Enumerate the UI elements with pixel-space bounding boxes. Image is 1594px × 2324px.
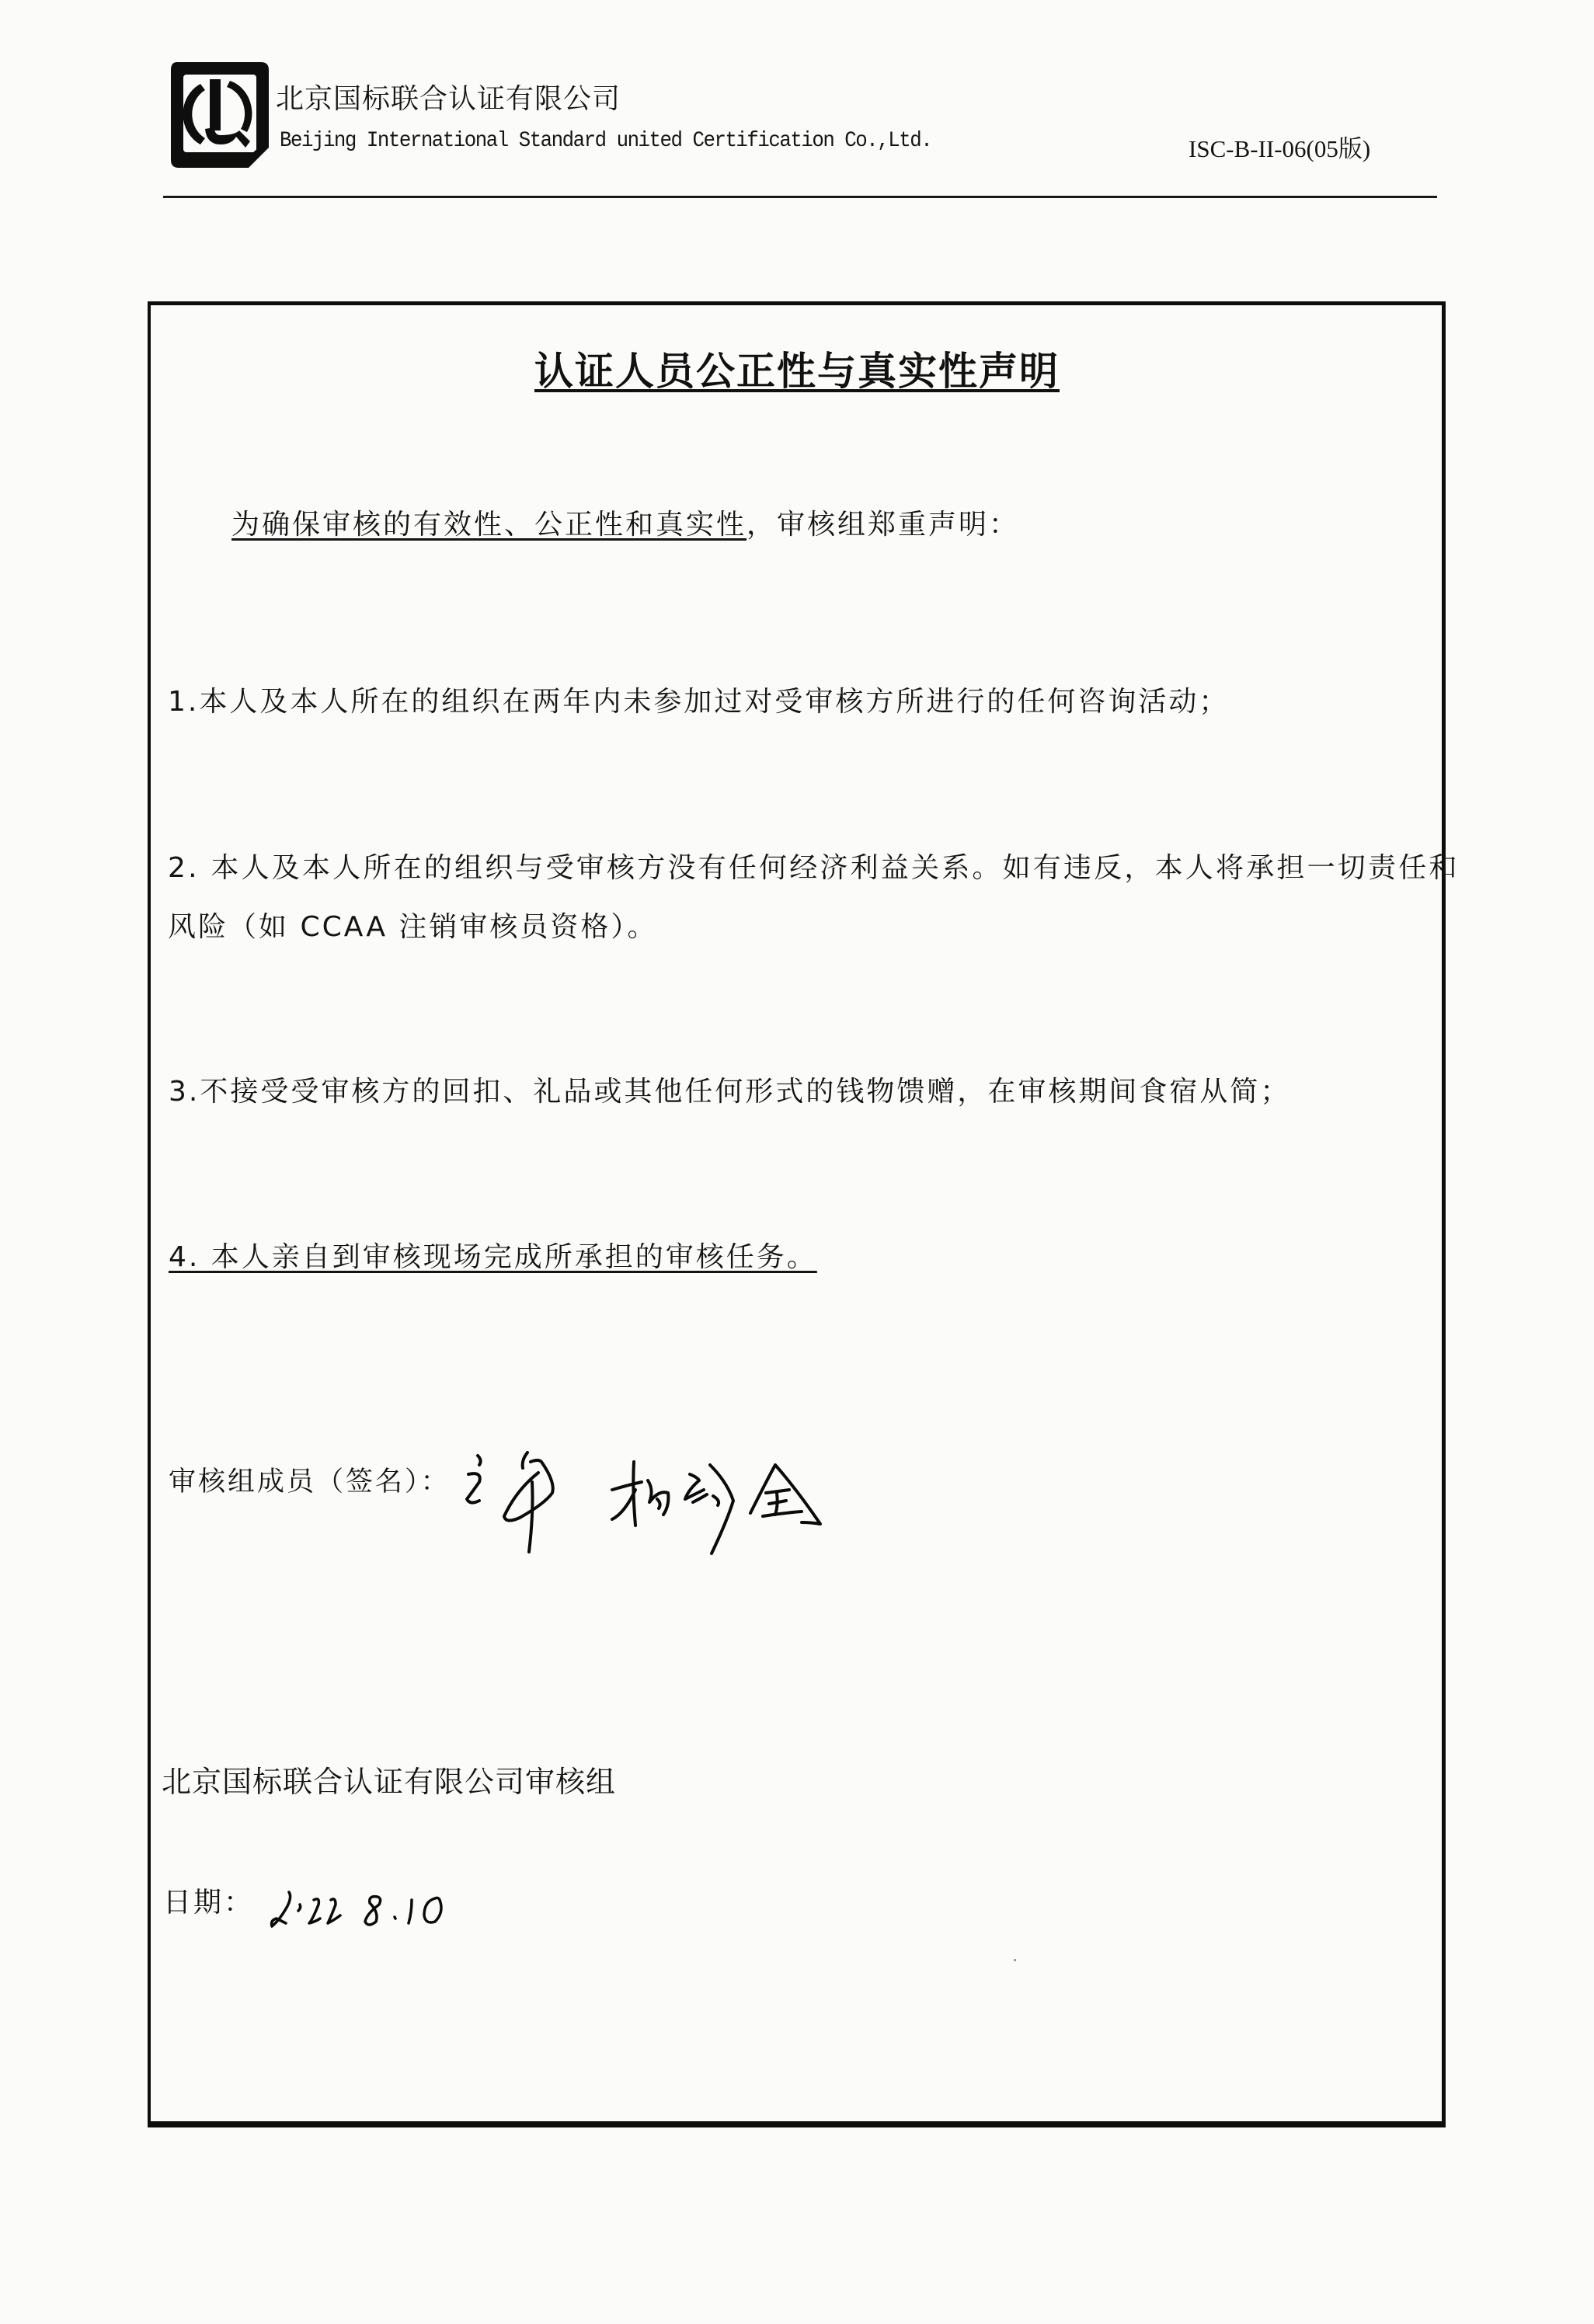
audit-team-company: 北京国标联合认证有限公司审核组 <box>162 1765 616 1799</box>
declaration-item-2-line-1: 2. 本人及本人所在的组织与受审核方没有任何经济利益关系。如有违反，本人将承担一… <box>168 851 1460 885</box>
intro-paragraph: 为确保审核的有效性、公正性和真实性，审核组郑重声明： <box>231 508 1019 542</box>
scan-speck <box>1014 1959 1016 1961</box>
intro-rest-text: ，审核组郑重声明： <box>747 509 1019 541</box>
company-logo-icon <box>169 61 272 169</box>
date-handwritten <box>269 1889 455 1929</box>
declaration-item-1: 1.本人及本人所在的组织在两年内未参加过对受审核方所进行的任何咨询活动； <box>168 685 1229 719</box>
company-name-cn: 北京国标联合认证有限公司 <box>276 82 621 117</box>
declaration-item-3: 3.不接受受审核方的回扣、礼品或其他任何形式的钱物馈赠，在审核期间食宿从简； <box>169 1075 1290 1109</box>
company-name-en: Beijing International Standard united Ce… <box>280 127 931 155</box>
declaration-item-2-line-2: 风险（如 CCAA 注销审核员资格）。 <box>168 910 657 945</box>
declaration-frame <box>148 301 1446 2127</box>
form-code: ISC-B-II-06(05版) <box>1189 134 1370 165</box>
intro-underlined-text: 为确保审核的有效性、公正性和真实性 <box>231 509 747 541</box>
signature-member-2 <box>611 1459 836 1556</box>
header-divider <box>163 196 1437 198</box>
signature-member-1 <box>464 1451 566 1556</box>
document-title: 认证人员公正性与真实性声明 <box>534 348 1060 395</box>
signature-label: 审核组成员（签名）： <box>169 1465 451 1499</box>
date-label: 日期： <box>163 1886 254 1920</box>
declaration-item-4: 4. 本人亲自到审核现场完成所承担的审核任务。 <box>169 1240 817 1275</box>
